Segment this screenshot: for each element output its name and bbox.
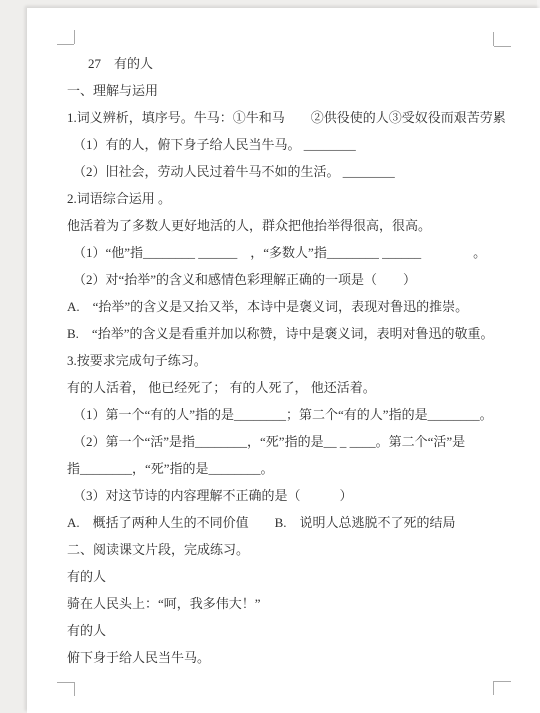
document-viewer: 27 有的人 一、理解与运用 1.词义辨析，填序号。牛马：①牛和马 ②供役使的人… xyxy=(0,0,540,713)
lesson-title-line[interactable]: 27 有的人 xyxy=(88,54,153,73)
q3-item-3-options[interactable]: A. 概括了两种人生的不同价值 B. 说明人总逃脱不了死的结局 xyxy=(67,513,456,532)
crop-mark-bottom-left-vertical xyxy=(74,682,75,696)
poem-line-1[interactable]: 有的人 xyxy=(67,567,106,586)
q2-passage[interactable]: 他活着为了多数人更好地活的人，群众把他抬举得很高，很高。 xyxy=(67,216,431,235)
left-margin-area xyxy=(0,0,27,713)
section-2-heading[interactable]: 二、阅读课文片段，完成练习。 xyxy=(67,540,249,559)
q3-item-2-line-1[interactable]: （2）第一个“活”是指________，“死”指的是__ _ ____。第二个“… xyxy=(73,432,465,451)
crop-mark-bottom-right-vertical xyxy=(493,681,494,695)
q3-item-1[interactable]: （1）第一个“有的人”指的是________；第二个“有的人”指的是______… xyxy=(73,405,493,424)
crop-mark-top-left-vertical xyxy=(74,30,75,44)
q3-item-2-line-2[interactable]: 指________，“死”指的是________。 xyxy=(67,459,274,478)
q3-instructions[interactable]: 3.按要求完成句子练习。 xyxy=(67,351,207,370)
crop-mark-top-left-horizontal xyxy=(57,44,74,45)
crop-mark-bottom-left-horizontal xyxy=(57,682,74,683)
crop-mark-top-right-horizontal xyxy=(494,46,511,47)
crop-mark-bottom-right-horizontal xyxy=(494,681,511,682)
q2-option-b[interactable]: B. “抬举”的含义是看重并加以称赞，诗中是褒义词，表明对鲁迅的敬重。 xyxy=(67,324,493,343)
q1-instructions[interactable]: 1.词义辨析，填序号。牛马：①牛和马 ②供役使的人③受奴役而艰苦劳累 xyxy=(67,108,506,127)
q2-item-1[interactable]: （1）“他”指________ ______ ，“多数人”指________ _… xyxy=(73,243,486,262)
q3-passage[interactable]: 有的人活着， 他已经死了； 有的人死了， 他还活着。 xyxy=(67,378,376,397)
section-1-heading[interactable]: 一、理解与运用 xyxy=(67,81,158,100)
crop-mark-top-right-vertical xyxy=(493,32,494,46)
top-margin-area xyxy=(0,0,540,8)
q1-item-2[interactable]: （2）旧社会，劳动人民过着牛马不如的生活。 ________ xyxy=(73,162,395,181)
q2-item-2[interactable]: （2）对“抬举”的含义和感情色彩理解正确的一项是（ ） xyxy=(73,270,416,289)
q2-option-a[interactable]: A. “抬举”的含义是又抬又举，本诗中是褒义词，表现对鲁迅的推崇。 xyxy=(67,297,468,316)
q2-instructions[interactable]: 2.词语综合运用 。 xyxy=(67,189,171,208)
q3-item-3[interactable]: （3）对这节诗的内容理解不正确的是（ ） xyxy=(73,486,353,505)
q1-item-1[interactable]: （1）有的人，俯下身子给人民当牛马。 ________ xyxy=(73,135,356,154)
poem-line-2[interactable]: 骑在人民头上：“呵，我多伟大！” xyxy=(67,594,261,613)
poem-line-4[interactable]: 俯下身于给人民当牛马。 xyxy=(67,648,210,667)
poem-line-3[interactable]: 有的人 xyxy=(67,621,106,640)
